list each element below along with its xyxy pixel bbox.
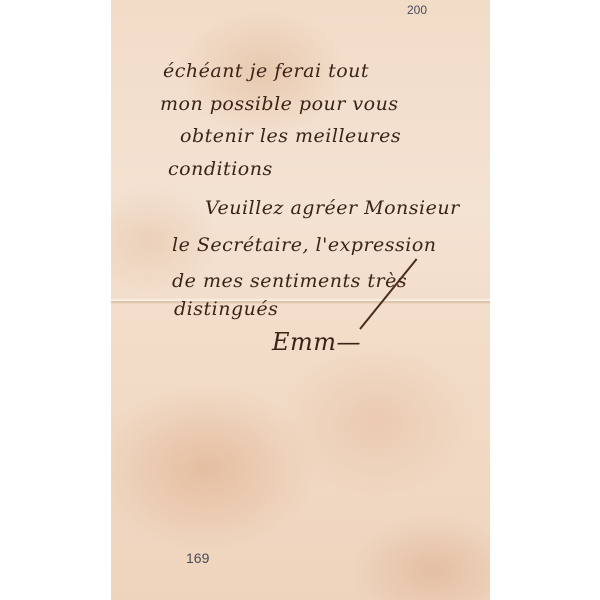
text-line-2: mon possible pour vous (160, 93, 399, 115)
text-line-4: conditions (168, 158, 273, 180)
archive-number-bottom: 169 (186, 550, 209, 566)
letter-page (111, 0, 490, 600)
text-line-6: le Secrétaire, l'expression (172, 234, 437, 256)
fold-crease (111, 298, 490, 304)
signature: Emm— (272, 328, 361, 356)
text-line-3: obtenir les meilleures (180, 125, 401, 147)
text-line-8: distingués (174, 298, 278, 320)
archive-number-top: 200 (407, 3, 427, 17)
text-line-5: Veuillez agréer Monsieur (205, 197, 460, 219)
text-line-1: échéant je ferai tout (163, 60, 369, 82)
text-line-7: de mes sentiments très (172, 270, 407, 292)
